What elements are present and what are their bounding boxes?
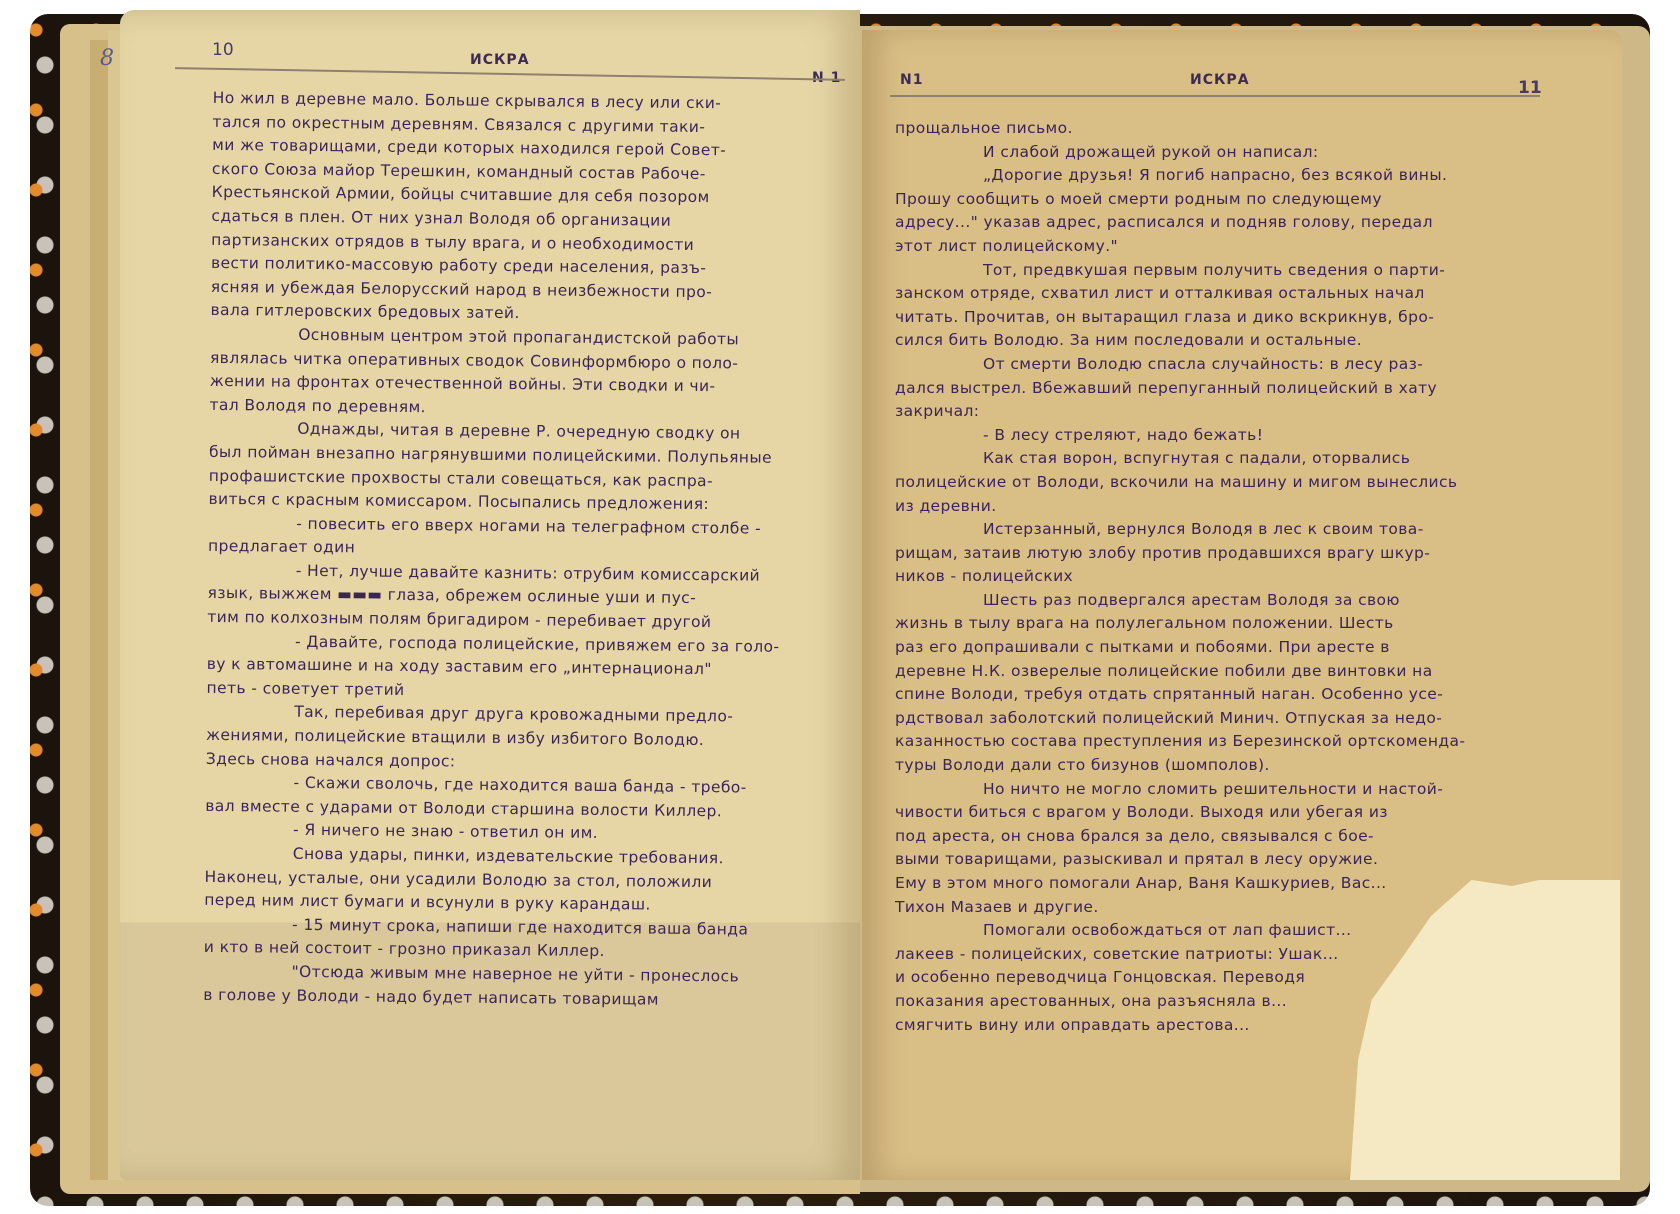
handwritten-line: прощальное письмо.: [895, 117, 1535, 141]
handwritten-line: рдствовал заболотский полицейский Минич.…: [895, 707, 1535, 731]
left-page-text: Но жил в деревне мало. Больше скрывался …: [203, 87, 813, 1013]
handwritten-line: под ареста, он снова брался за дело, свя…: [895, 825, 1535, 849]
right-issue-number: N1: [900, 72, 923, 88]
handwritten-line: - В лесу стреляют, надо бежать!: [895, 424, 1535, 448]
handwritten-line: показания арестованных, она разъясняла в…: [895, 990, 1535, 1014]
handwritten-line: этот лист полицейскому.": [895, 235, 1535, 259]
handwritten-line: адресу..." указав адрес, расписался и по…: [895, 211, 1535, 235]
handwritten-line: жизнь в тылу врага на полулегальном поло…: [895, 612, 1535, 636]
handwritten-line: чивости биться с врагом у Володи. Выходя…: [895, 801, 1535, 825]
handwritten-line: деревне Н.К. озверелые полицейские побил…: [895, 660, 1535, 684]
handwritten-line: туры Володи дали сто бизунов (шомполов).: [895, 754, 1535, 778]
handwritten-line: сился бить Володю. За ним последовали и …: [895, 329, 1535, 353]
handwritten-line: Помогали освобождаться от лап фашист...: [895, 919, 1535, 943]
handwritten-line: раз его допрашивали с пытками и побоями.…: [895, 636, 1535, 660]
handwritten-line: И слабой дрожащей рукой он написал:: [895, 141, 1535, 165]
handwritten-line: рищам, затаив лютую злобу против продавш…: [895, 542, 1535, 566]
handwritten-line: Но ничто не могло сломить решительности …: [895, 778, 1535, 802]
handwritten-line: из деревни.: [895, 495, 1535, 519]
right-header-rule: [890, 95, 1540, 97]
handwritten-line: Как стая ворон, вспугнутая с падали, ото…: [895, 447, 1535, 471]
handwritten-line: От смерти Володю спасла случайность: в л…: [895, 353, 1535, 377]
handwritten-line: Шесть раз подвергался арестам Володя за …: [895, 589, 1535, 613]
right-page-title: ИСКРА: [1190, 72, 1250, 88]
handwritten-line: ников - полицейских: [895, 565, 1535, 589]
handwritten-line: спине Володи, требуя отдать спрятанный н…: [895, 683, 1535, 707]
left-page-title: ИСКРА: [470, 52, 530, 68]
handwritten-line: полицейские от Володи, вскочили на машин…: [895, 471, 1535, 495]
handwritten-line: лакеев - полицейских, советские патриоты…: [895, 943, 1535, 967]
left-page-number: 10: [212, 40, 234, 60]
handwritten-line: казанностью состава преступления из Бере…: [895, 730, 1535, 754]
handwritten-line: Тот, предвкушая первым получить сведения…: [895, 259, 1535, 283]
handwritten-line: и особенно переводчица Гонцовская. Перев…: [895, 966, 1535, 990]
handwritten-line: смягчить вину или оправдать арестова...: [895, 1014, 1535, 1038]
handwritten-line: Тихон Мазаев и другие.: [895, 896, 1535, 920]
handwritten-line: занском отряде, схватил лист и отталкива…: [895, 282, 1535, 306]
handwritten-line: Прошу сообщить о моей смерти родным по с…: [895, 188, 1535, 212]
handwritten-line: Ему в этом много помогали Анар, Ваня Каш…: [895, 872, 1535, 896]
handwritten-line: выми товарищами, разыскивал и прятал в л…: [895, 848, 1535, 872]
handwritten-line: дался выстрел. Вбежавший перепуганный по…: [895, 377, 1535, 401]
right-page-text: прощальное письмо.И слабой дрожащей руко…: [895, 117, 1535, 1037]
handwritten-line: читать. Прочитав, он вытаращил глаза и д…: [895, 306, 1535, 330]
handwritten-line: Истерзанный, вернулся Володя в лес к сво…: [895, 518, 1535, 542]
handwritten-line: закричал:: [895, 400, 1535, 424]
handwritten-line: „Дорогие друзья! Я погиб напрасно, без в…: [895, 164, 1535, 188]
archive-mark: 8: [100, 46, 114, 71]
